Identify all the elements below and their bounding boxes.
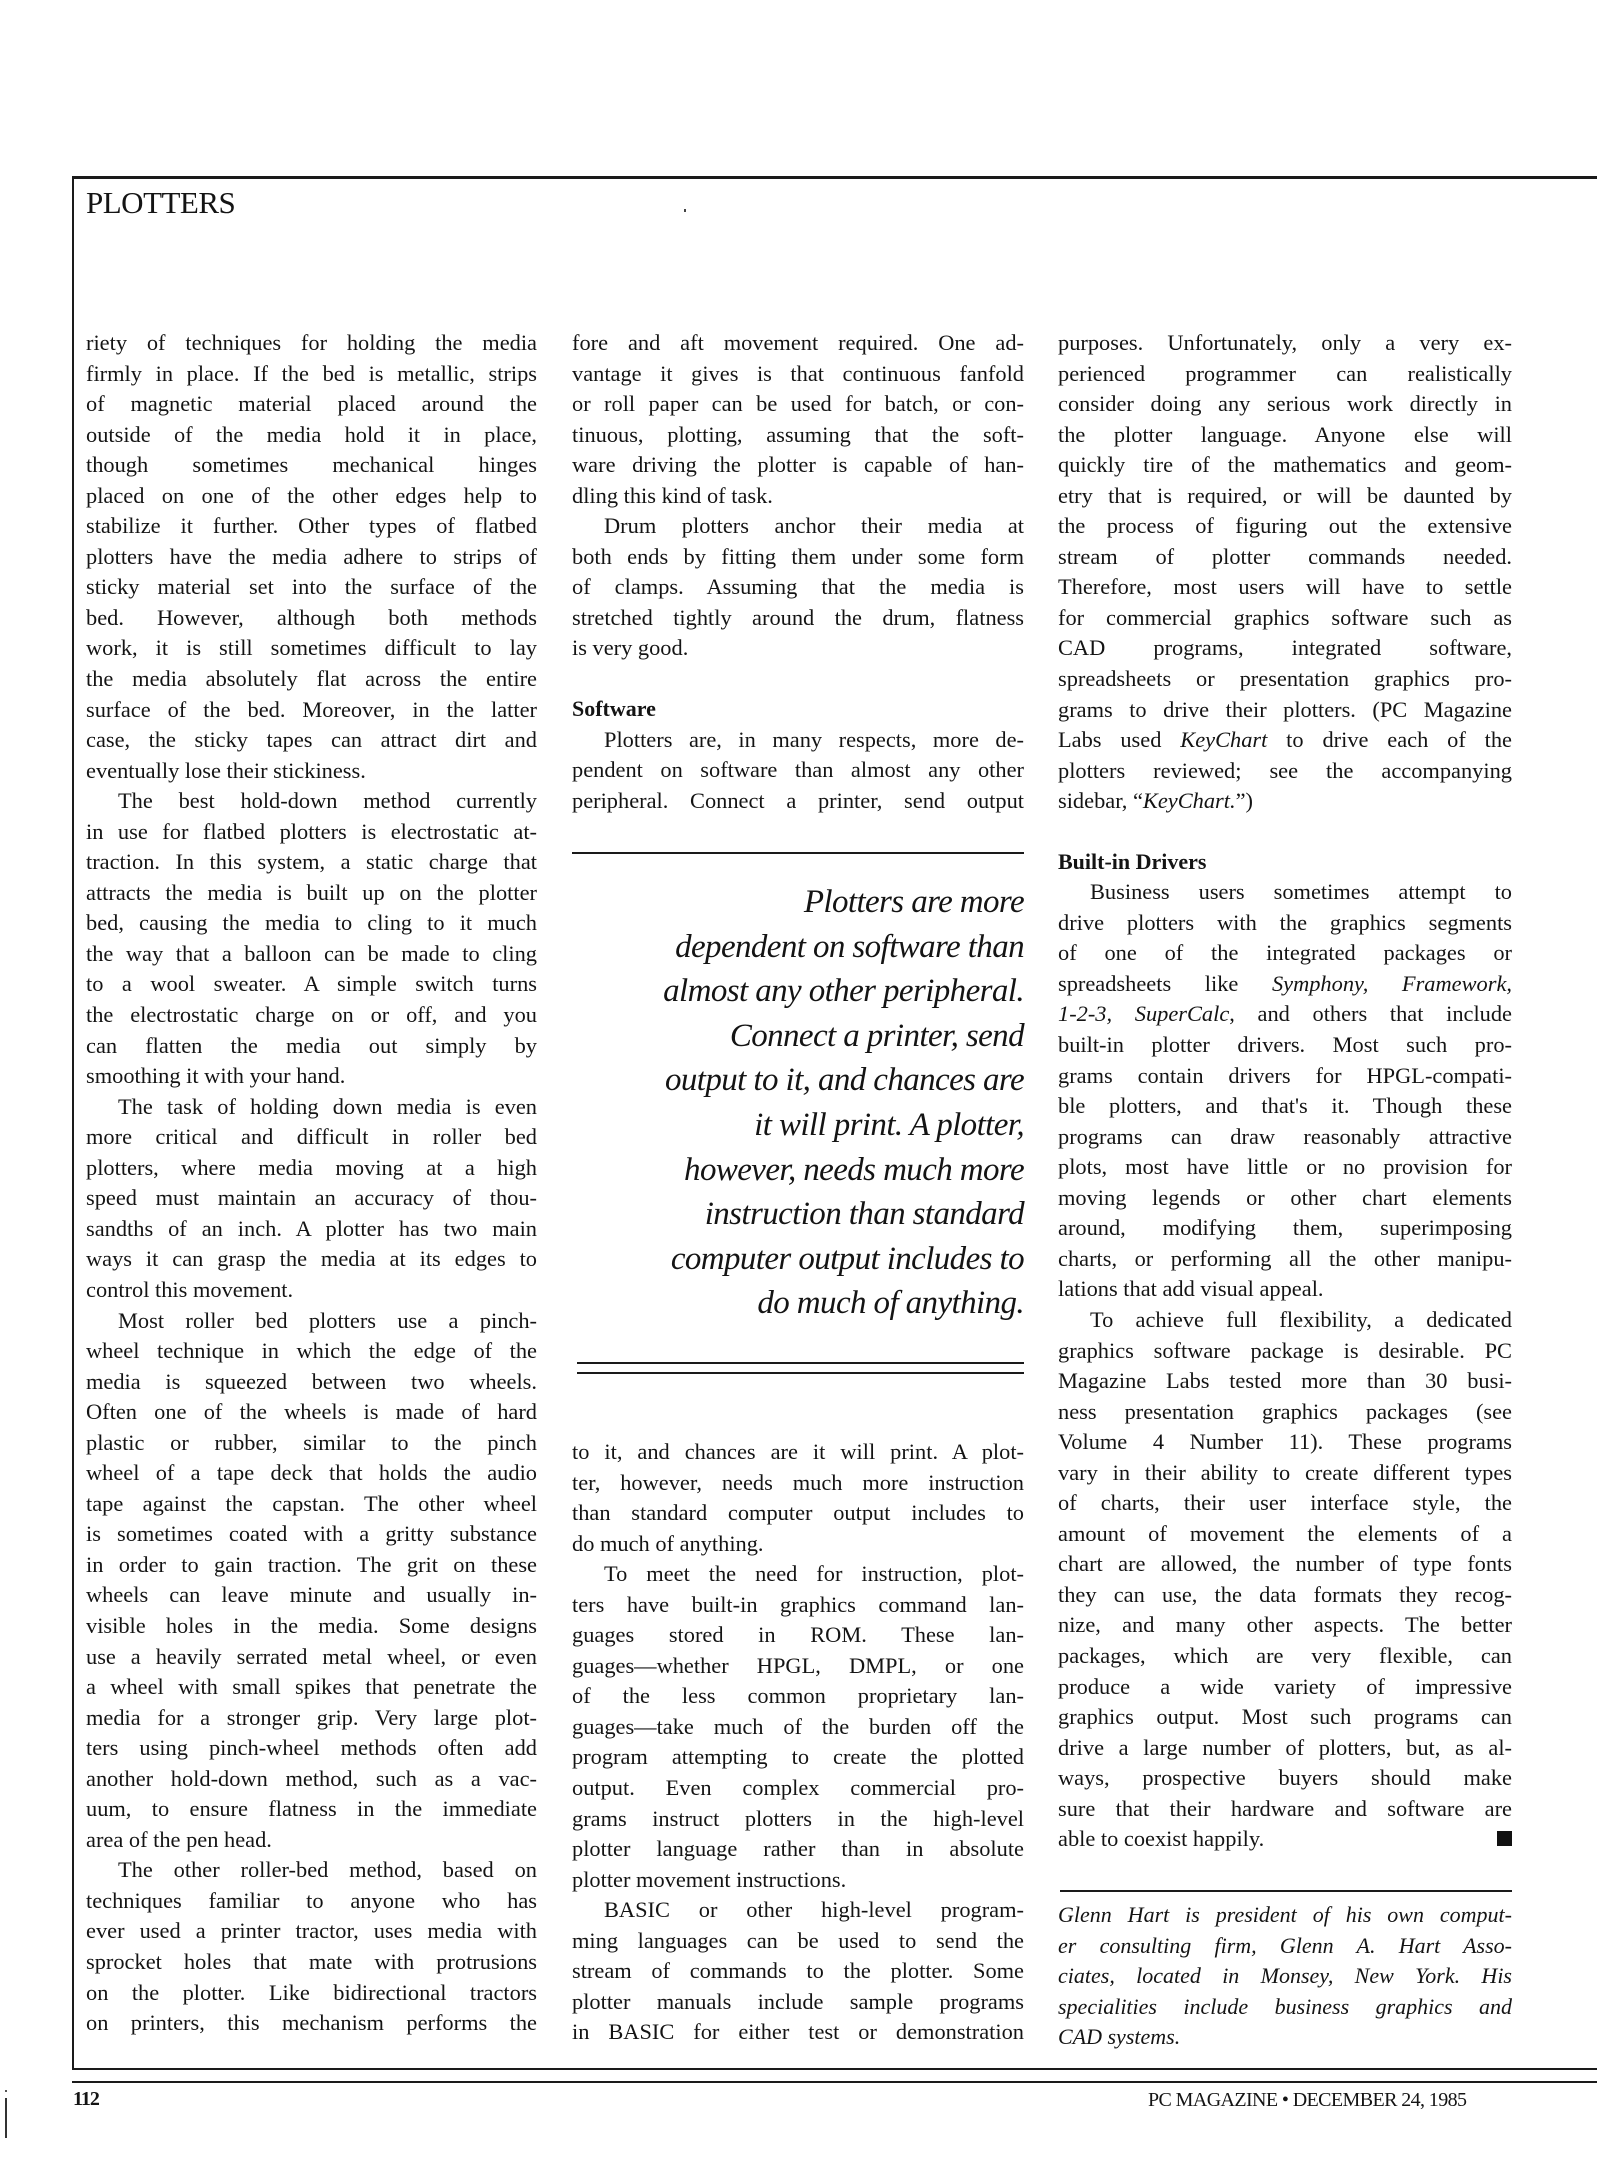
text-line: quickly tire of the mathematics and geom…: [1058, 450, 1512, 481]
scan-mark-dot: [5, 2090, 7, 2092]
text-line: etry that is required, or will be daunte…: [1058, 481, 1512, 512]
text-line: riety of techniques for holding the medi…: [86, 328, 537, 359]
text-line: of the less common proprietary lan-: [572, 1681, 1024, 1712]
text-line: in order to gain traction. The grit on t…: [86, 1550, 537, 1581]
text-line: firmly in place. If the bed is metallic,…: [86, 359, 537, 390]
section-title: PLOTTERS: [86, 186, 235, 220]
text-line: drive plotters with the graphics segment…: [1058, 908, 1512, 939]
text-line: traction. In this system, a static charg…: [86, 847, 537, 878]
text-line: sure that their hardware and software ar…: [1058, 1794, 1512, 1825]
text-line: wheel technique in which the edge of the: [86, 1336, 537, 1367]
text-run: sidebar, “: [1058, 788, 1143, 813]
paragraph-start-line: Most roller bed plotters use a pinch-: [86, 1306, 537, 1337]
text-line: visible holes in the media. Some designs: [86, 1611, 537, 1642]
text-line: tinuous, plotting, assuming that the sof…: [572, 420, 1024, 451]
text-line: uum, to ensure flatness in the immediate: [86, 1794, 537, 1825]
text-run: spreadsheets like: [1058, 971, 1272, 996]
text-run: Labs used: [1058, 727, 1180, 752]
italic-title: KeyChart: [1180, 727, 1267, 752]
text-line: work, it is still sometimes difficult to…: [86, 633, 537, 664]
text-line: sandths of an inch. A plotter has two ma…: [86, 1214, 537, 1245]
text-line: area of the pen head.: [86, 1825, 537, 1856]
author-bio: Glenn Hart is president of his own compu…: [1058, 1900, 1512, 2053]
text-line: ble plotters, and that's it. Though thes…: [1058, 1091, 1512, 1122]
bio-line: Glenn Hart is president of his own compu…: [1058, 1900, 1512, 1931]
paragraph-start-line: Plotters are, in many respects, more de-: [572, 725, 1024, 756]
text-run: , and others that include: [1229, 1001, 1512, 1026]
text-line: on printers, this mechanism performs the: [86, 2008, 537, 2039]
text-line: drive a large number of plotters, but, a…: [1058, 1733, 1512, 1764]
pull-quote-line: Plotters are more: [572, 880, 1024, 925]
text-line: dling this kind of task.: [572, 481, 1024, 512]
column-3: purposes. Unfortunately, only a very ex-…: [1058, 328, 1512, 1855]
text-line: sidebar, “KeyChart.”): [1058, 786, 1512, 817]
top-rule: [73, 176, 1597, 179]
text-line: tape against the capstan. The other whee…: [86, 1489, 537, 1520]
text-line: pendent on software than almost any othe…: [572, 755, 1024, 786]
text-line: nize, and many other aspects. The better: [1058, 1610, 1512, 1641]
text-line: moving legends or other chart elements: [1058, 1183, 1512, 1214]
bio-line: specialities include business graphics a…: [1058, 1992, 1512, 2023]
text-line: of clamps. Assuming that the media is: [572, 572, 1024, 603]
text-line: perienced programmer can realistically: [1058, 359, 1512, 390]
text-line: plotter language rather than in absolute: [572, 1834, 1024, 1865]
text-line: for commercial graphics software such as: [1058, 603, 1512, 634]
text-line: fore and aft movement required. One ad-: [572, 328, 1024, 359]
text-line: consider doing any serious work directly…: [1058, 389, 1512, 420]
pull-quote-top-rule: [572, 852, 1024, 854]
text-line: to a wool sweater. A simple switch turns: [86, 969, 537, 1000]
pull-quote-line: do much of anything.: [572, 1281, 1024, 1326]
text-line: plotter movement instructions.: [572, 1865, 1024, 1896]
pull-quote-line: it will print. A plotter,: [572, 1103, 1024, 1148]
text-line: lations that add visual appeal.: [1058, 1274, 1512, 1305]
text-line: in BASIC for either test or demonstratio…: [572, 2017, 1024, 2048]
text-line: built-in plotter drivers. Most such pro-: [1058, 1030, 1512, 1061]
text-line: Labs used KeyChart to drive each of the: [1058, 725, 1512, 756]
text-line: control this movement.: [86, 1275, 537, 1306]
text-line: CAD programs, integrated software,: [1058, 633, 1512, 664]
text-line: guages—whether HPGL, DMPL, or one: [572, 1651, 1024, 1682]
text-line: sprocket holes that mate with protrusion…: [86, 1947, 537, 1978]
publication-footer: PC MAGAZINE • DECEMBER 24, 1985: [1148, 2089, 1466, 2112]
paragraph-start-line: BASIC or other high-level program-: [572, 1895, 1024, 1926]
text-line: techniques familiar to anyone who has: [86, 1886, 537, 1917]
text-line: of one of the integrated packages or: [1058, 938, 1512, 969]
text-line: plotters reviewed; see the accompanying: [1058, 756, 1512, 787]
text-line: bed. However, although both methods: [86, 603, 537, 634]
text-line: able to coexist happily.: [1058, 1824, 1512, 1855]
text-line: ness presentation graphics packages (see: [1058, 1397, 1512, 1428]
pull-quote: Plotters are moredependent on software t…: [572, 880, 1024, 1326]
pull-quote-line: computer output includes to: [572, 1237, 1024, 1282]
italic-title: 1-2-3, SuperCalc: [1058, 1001, 1229, 1026]
text-line: peripheral. Connect a printer, send outp…: [572, 786, 1024, 817]
text-line: the plotter language. Anyone else will: [1058, 420, 1512, 451]
text-line: the electrostatic charge on or off, and …: [86, 1000, 537, 1031]
text-line: graphics software package is desirable. …: [1058, 1336, 1512, 1367]
text-line: or roll paper can be used for batch, or …: [572, 389, 1024, 420]
text-line: of magnetic material placed around the: [86, 389, 537, 420]
paragraph-gap: [1058, 817, 1512, 847]
box-bottom-rule: [72, 2068, 1597, 2070]
text-line: ter, however, needs much more instructio…: [572, 1468, 1024, 1499]
paragraph-gap: [572, 664, 1024, 694]
column-2-top: fore and aft movement required. One ad-v…: [572, 328, 1024, 816]
text-line: bed, causing the media to cling to it mu…: [86, 908, 537, 939]
bio-rule: [1060, 1890, 1512, 1892]
pull-quote-line: Connect a printer, send: [572, 1014, 1024, 1059]
text-line: grams to drive their plotters. (PC Magaz…: [1058, 695, 1512, 726]
text-line: vary in their ability to create differen…: [1058, 1458, 1512, 1489]
text-line: chart are allowed, the number of type fo…: [1058, 1549, 1512, 1580]
text-line: plots, most have little or no provision …: [1058, 1152, 1512, 1183]
italic-title: KeyChart.: [1143, 788, 1236, 813]
text-line: program attempting to create the plotted: [572, 1742, 1024, 1773]
text-line: than standard computer output includes t…: [572, 1498, 1024, 1529]
text-line: charts, or performing all the other mani…: [1058, 1244, 1512, 1275]
text-line: plotters, where media moving at a high: [86, 1153, 537, 1184]
text-line: more critical and difficult in roller be…: [86, 1122, 537, 1153]
text-line: a wheel with small spikes that penetrate…: [86, 1672, 537, 1703]
text-line: to it, and chances are it will print. A …: [572, 1437, 1024, 1468]
footer-rule: [72, 2081, 1597, 2083]
text-line: smoothing it with your hand.: [86, 1061, 537, 1092]
text-line: grams contain drivers for HPGL-compati-: [1058, 1061, 1512, 1092]
text-line: can flatten the media out simply by: [86, 1031, 537, 1062]
bio-line: CAD systems.: [1058, 2022, 1512, 2053]
text-line: is very good.: [572, 633, 1024, 664]
column-2-bottom: to it, and chances are it will print. A …: [572, 1437, 1024, 2048]
text-line: Often one of the wheels is made of hard: [86, 1397, 537, 1428]
text-line: though sometimes mechanical hinges: [86, 450, 537, 481]
subheading: Software: [572, 694, 1024, 725]
paragraph-start-line: To meet the need for instruction, plot-: [572, 1559, 1024, 1590]
text-line: in use for flatbed plotters is electrost…: [86, 817, 537, 848]
text-run: ”): [1236, 788, 1253, 813]
text-line: another hold-down method, such as a vac-: [86, 1764, 537, 1795]
text-line: amount of movement the elements of a: [1058, 1519, 1512, 1550]
text-line: attracts the media is built up on the pl…: [86, 878, 537, 909]
text-line: the way that a balloon can be made to cl…: [86, 939, 537, 970]
pull-quote-line: almost any other peripheral.: [572, 969, 1024, 1014]
text-line: programs can draw reasonably attractive: [1058, 1122, 1512, 1153]
text-line: Therefore, most users will have to settl…: [1058, 572, 1512, 603]
text-line: surface of the bed. Moreover, in the lat…: [86, 695, 537, 726]
text-line: ters using pinch-wheel methods often add: [86, 1733, 537, 1764]
scan-mark: [5, 2098, 7, 2138]
pull-quote-bottom-rule-2: [577, 1372, 1024, 1374]
text-line: stream of commands to the plotter. Some: [572, 1956, 1024, 1987]
text-line: stream of plotter commands needed.: [1058, 542, 1512, 573]
text-line: the media absolutely flat across the ent…: [86, 664, 537, 695]
text-line: guages stored in ROM. These lan-: [572, 1620, 1024, 1651]
text-line: plastic or rubber, similar to the pinch: [86, 1428, 537, 1459]
text-line: stretched tightly around the drum, flatn…: [572, 603, 1024, 634]
text-line: they can use, the data formats they reco…: [1058, 1580, 1512, 1611]
bio-line: ciates, located in Monsey, New York. His: [1058, 1961, 1512, 1992]
subheading: Built-in Drivers: [1058, 847, 1512, 878]
text-line: wheels can leave minute and usually in-: [86, 1580, 537, 1611]
text-line: 1-2-3, SuperCalc, and others that includ…: [1058, 999, 1512, 1030]
text-run: to drive each of the: [1267, 727, 1512, 752]
end-mark-icon: [1497, 1831, 1512, 1846]
text-line: ming languages can be used to send the: [572, 1926, 1024, 1957]
text-line: use a heavily serrated metal wheel, or e…: [86, 1642, 537, 1673]
bio-line: er consulting firm, Glenn A. Hart Asso-: [1058, 1931, 1512, 1962]
text-line: Volume 4 Number 11). These programs: [1058, 1427, 1512, 1458]
text-line: sticky material set into the surface of …: [86, 572, 537, 603]
pull-quote-line: dependent on software than: [572, 925, 1024, 970]
text-line: produce a wide variety of impressive: [1058, 1672, 1512, 1703]
text-line: graphics output. Most such programs can: [1058, 1702, 1512, 1733]
text-line: of charts, their user interface style, t…: [1058, 1488, 1512, 1519]
text-line: eventually lose their stickiness.: [86, 756, 537, 787]
paragraph-start-line: The other roller-bed method, based on: [86, 1855, 537, 1886]
text-line: outside of the media hold it in place,: [86, 420, 537, 451]
paragraph-start-line: Drum plotters anchor their media at: [572, 511, 1024, 542]
paragraph-start-line: To achieve full flexibility, a dedicated: [1058, 1305, 1512, 1336]
page-number: 112: [73, 2088, 99, 2111]
pull-quote-line: however, needs much more: [572, 1148, 1024, 1193]
text-line: packages, which are very flexible, can: [1058, 1641, 1512, 1672]
text-line: output. Even complex commercial pro-: [572, 1773, 1024, 1804]
text-line: ways, prospective buyers should make: [1058, 1763, 1512, 1794]
text-line: ever used a printer tractor, uses media …: [86, 1916, 537, 1947]
text-line: placed on one of the other edges help to: [86, 481, 537, 512]
text-line: guages—take much of the burden off the: [572, 1712, 1024, 1743]
paragraph-start-line: The task of holding down media is even: [86, 1092, 537, 1123]
pull-quote-line: instruction than standard: [572, 1192, 1024, 1237]
text-line: ware driving the plotter is capable of h…: [572, 450, 1024, 481]
text-line: ters have built-in graphics command lan-: [572, 1590, 1024, 1621]
text-line: wheel of a tape deck that holds the audi…: [86, 1458, 537, 1489]
text-line: stabilize it further. Other types of fla…: [86, 511, 537, 542]
pull-quote-bottom-rule-1: [577, 1362, 1024, 1364]
text-line: plotters have the media adhere to strips…: [86, 542, 537, 573]
paragraph-start-line: Business users sometimes attempt to: [1058, 877, 1512, 908]
text-line: ways it can grasp the media at its edges…: [86, 1244, 537, 1275]
paragraph-start-line: The best hold-down method currently: [86, 786, 537, 817]
text-line: grams instruct plotters in the high-leve…: [572, 1804, 1024, 1835]
text-line: is sometimes coated with a gritty substa…: [86, 1519, 537, 1550]
pull-quote-line: output to it, and chances are: [572, 1058, 1024, 1103]
text-run: able to coexist happily.: [1058, 1826, 1264, 1851]
text-line: purposes. Unfortunately, only a very ex-: [1058, 328, 1512, 359]
text-line: on the plotter. Like bidirectional tract…: [86, 1978, 537, 2009]
text-line: case, the sticky tapes can attract dirt …: [86, 725, 537, 756]
text-line: vantage it gives is that continuous fanf…: [572, 359, 1024, 390]
column-1: riety of techniques for holding the medi…: [86, 328, 537, 2039]
text-line: plotter manuals include sample programs: [572, 1987, 1024, 2018]
text-line: Magazine Labs tested more than 30 busi-: [1058, 1366, 1512, 1397]
text-line: do much of anything.: [572, 1529, 1024, 1560]
text-line: spreadsheets or presentation graphics pr…: [1058, 664, 1512, 695]
italic-title: Symphony, Framework,: [1272, 971, 1512, 996]
text-line: both ends by fitting them under some for…: [572, 542, 1024, 573]
text-line: media for a stronger grip. Very large pl…: [86, 1703, 537, 1734]
text-line: spreadsheets like Symphony, Framework,: [1058, 969, 1512, 1000]
text-line: around, modifying them, superimposing: [1058, 1213, 1512, 1244]
text-line: media is squeezed between two wheels.: [86, 1367, 537, 1398]
stray-dot: [684, 209, 686, 212]
text-line: speed must maintain an accuracy of thou-: [86, 1183, 537, 1214]
left-border: [72, 176, 74, 2070]
text-line: the process of figuring out the extensiv…: [1058, 511, 1512, 542]
